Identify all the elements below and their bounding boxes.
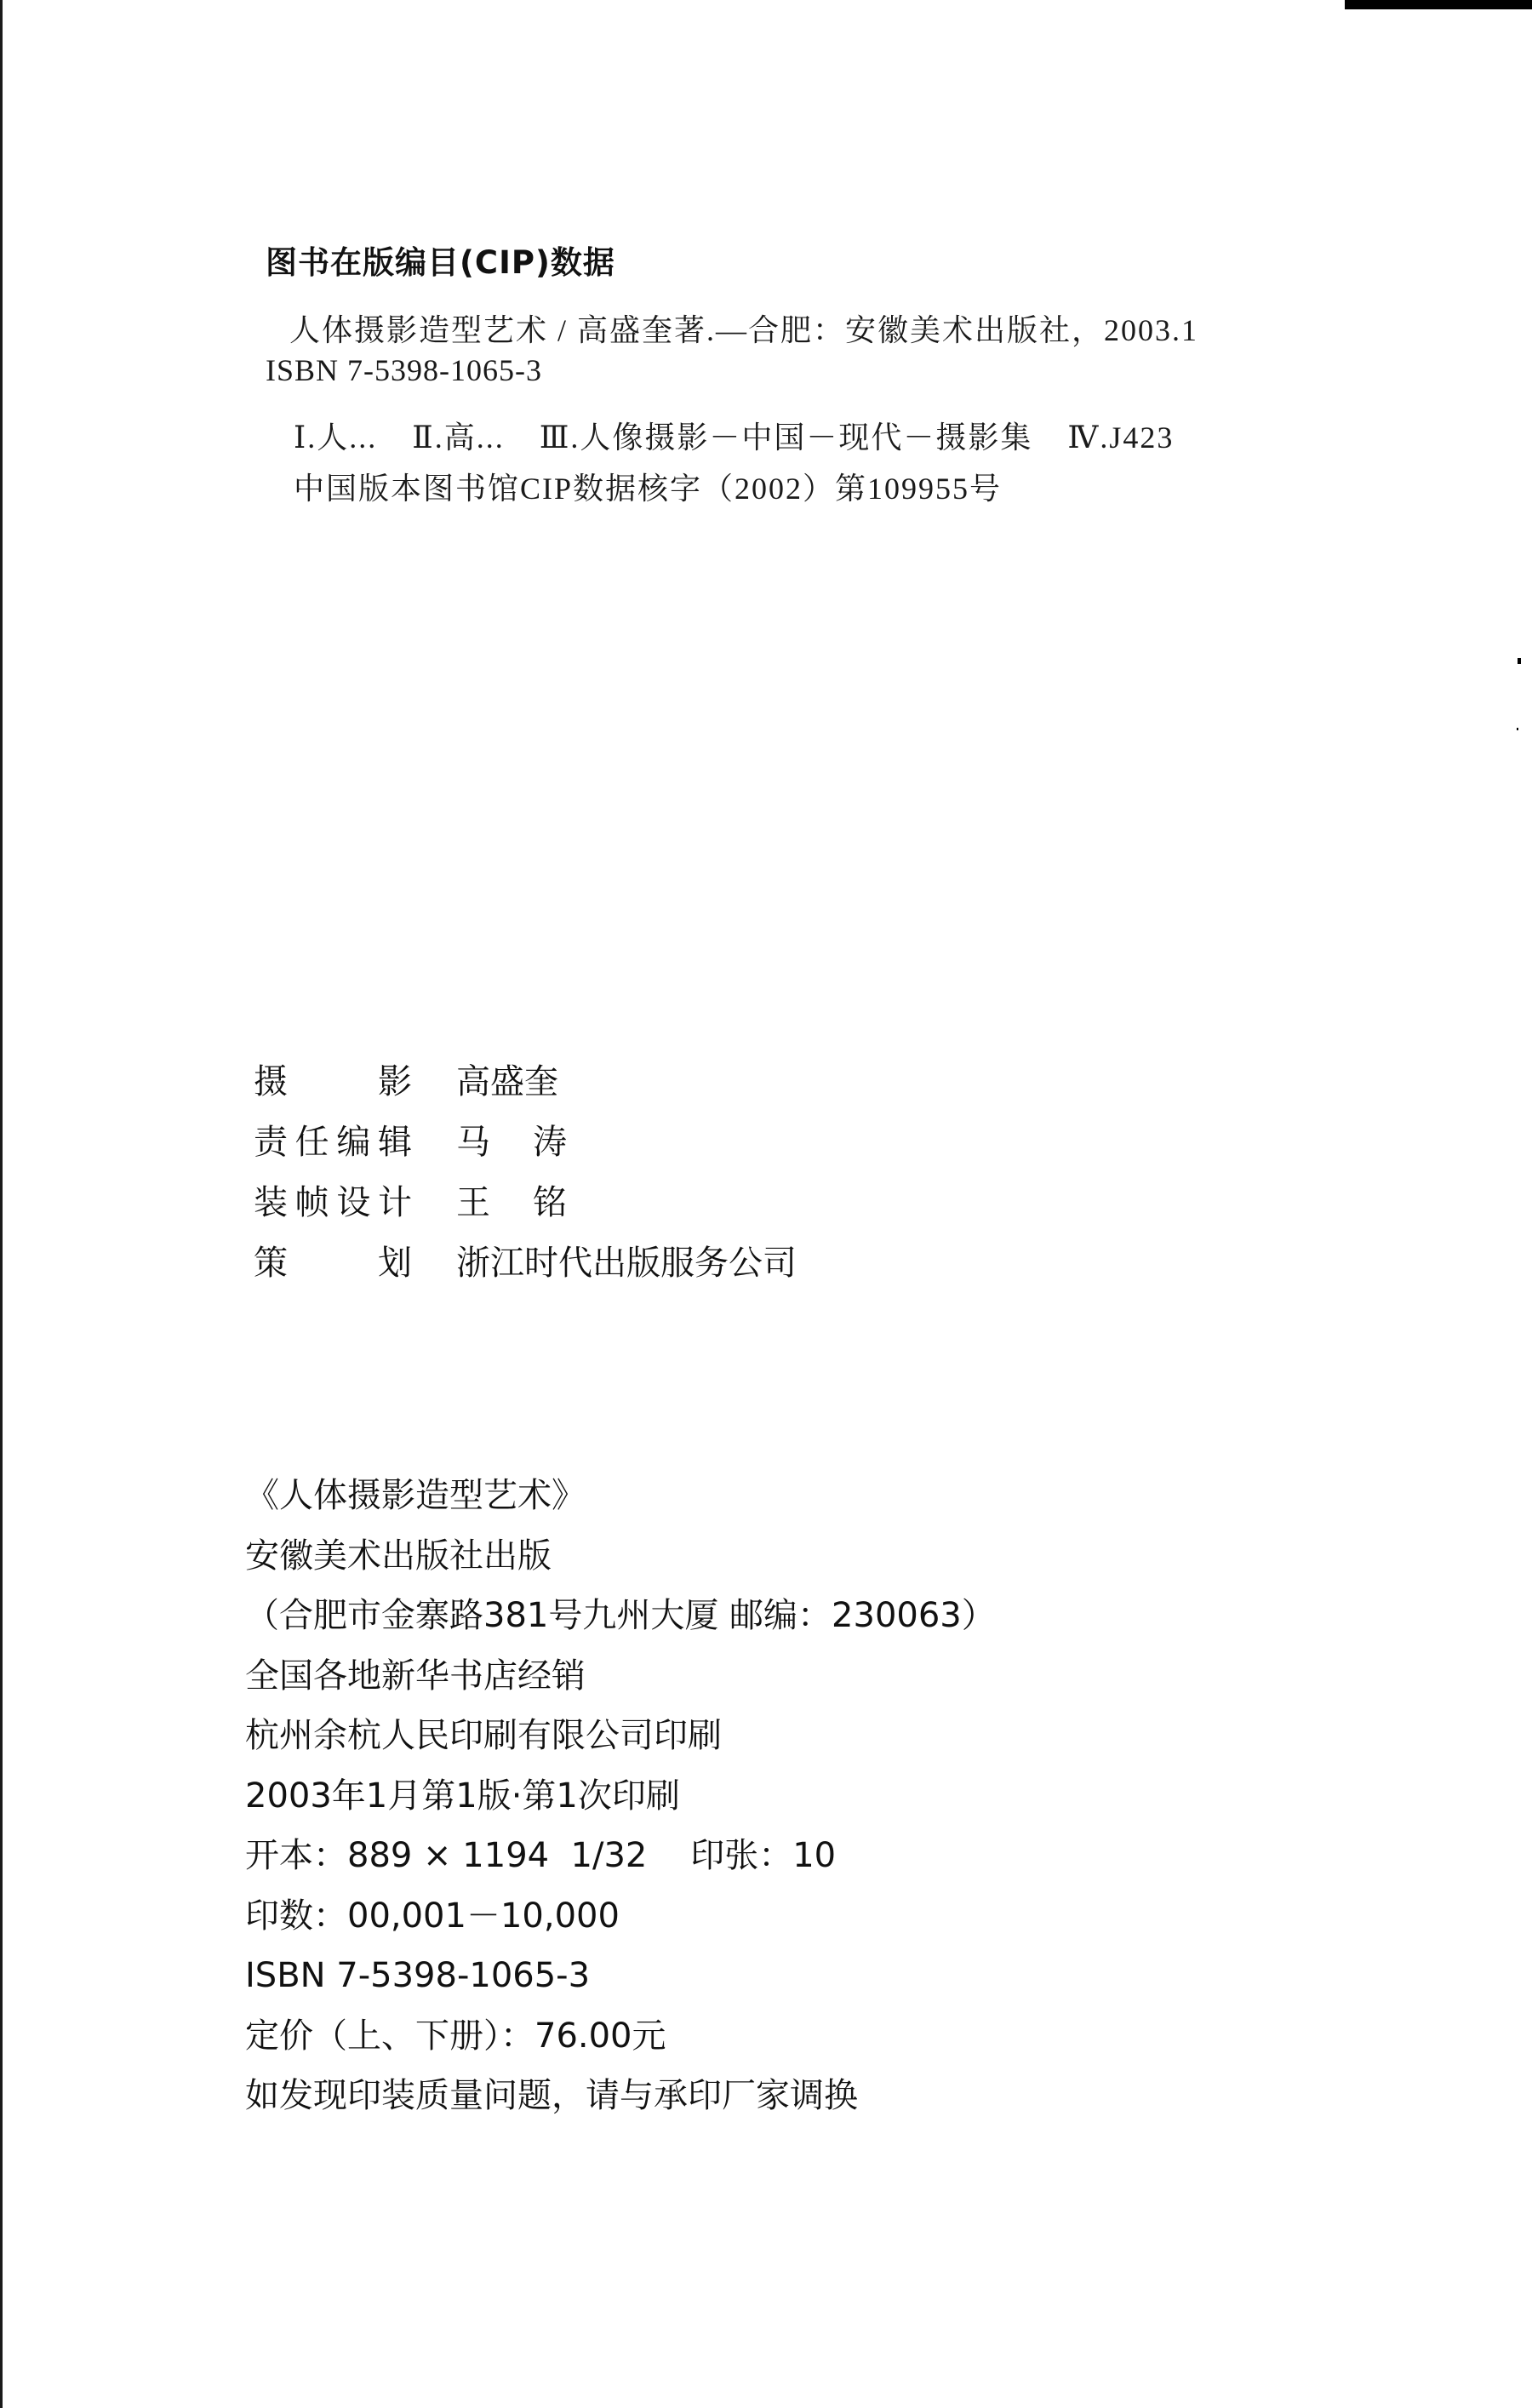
credit-value-char: 马 [456,1115,490,1164]
credit-label: 策 划 [254,1236,412,1284]
imprint-quality-notice: 如发现印装质量问题，请与承印厂家调换 [245,2066,996,2126]
cip-classification-line: Ⅰ.人... Ⅱ.高... Ⅲ.人像摄影－中国－现代－摄影集 Ⅳ.J423 [294,414,1174,457]
credit-label-char: 装 [254,1175,288,1224]
credit-label-char: 摄 [254,1055,288,1103]
credit-row-editor: 责 任 编 辑 马 涛 [254,1109,797,1170]
credit-label-char: 帧 [295,1175,329,1224]
credit-label-char: 计 [378,1175,412,1224]
credit-row-design: 装 帧 设 计 王 铭 [254,1170,797,1230]
imprint-isbn: ISBN 7-5398-1065-3 [245,1946,996,2006]
imprint-book-title: 《人体摄影造型艺术》 [245,1466,996,1526]
scan-speck [1518,658,1521,664]
imprint-block: 《人体摄影造型艺术》 安徽美术出版社出版 （合肥市金寨路381号九州大厦 邮编：… [245,1466,996,2126]
credit-value: 高盛奎 [456,1055,558,1103]
credit-label-char: 划 [378,1236,412,1284]
imprint-publisher: 安徽美术出版社出版 [245,1526,996,1587]
scan-speck [1517,728,1518,730]
credit-label: 装 帧 设 计 [254,1175,412,1224]
credit-value: 浙江时代出版服务公司 [456,1236,797,1284]
credit-label-char: 影 [378,1055,412,1103]
credit-label: 责 任 编 辑 [254,1115,412,1164]
credit-row-planning: 策 划 浙江时代出版服务公司 [254,1230,797,1290]
credit-label-char: 辑 [378,1115,412,1164]
credit-label-char: 责 [254,1115,288,1164]
credit-value-text: 高盛奎 [456,1055,558,1103]
credit-label: 摄 影 [254,1055,412,1103]
imprint-format: 开本：889 × 1194 1/32 印张：10 [245,1826,996,1886]
credit-value: 王 铭 [456,1175,567,1224]
credit-value-text: 浙江时代出版服务公司 [456,1236,797,1284]
imprint-price: 定价（上、下册）：76.00元 [245,2006,996,2067]
credit-value-char: 铭 [533,1175,567,1224]
imprint-printer: 杭州余杭人民印刷有限公司印刷 [245,1706,996,1766]
imprint-print-run: 印数：00,001－10,000 [245,1886,996,1947]
credits-block: 摄 影 高盛奎 责 任 编 辑 马 涛 装 帧 设 计 王 铭 [254,1049,797,1290]
credit-value: 马 涛 [456,1115,567,1164]
credit-label-char: 编 [336,1115,370,1164]
credit-value-char: 涛 [533,1115,567,1164]
cip-record-number-line: 中国版本图书馆CIP数据核字（2002）第109955号 [294,465,1002,508]
imprint-distributor: 全国各地新华书店经销 [245,1646,996,1707]
credit-label-char: 策 [254,1236,288,1284]
cip-isbn-line: ISBN 7-5398-1065-3 [266,352,542,388]
page-left-edge [0,0,3,2408]
credit-label-char: 设 [336,1175,370,1224]
cip-heading: 图书在版编目(CIP)数据 [266,237,615,283]
credit-value-char: 王 [456,1175,490,1224]
credit-label-char: 任 [295,1115,329,1164]
cip-title-author-line: 人体摄影造型艺术 / 高盛奎著.—合肥：安徽美术出版社，2003.1 [289,306,1198,350]
imprint-address: （合肥市金寨路381号九州大厦 邮编：230063） [245,1586,996,1646]
scan-top-edge-shadow [1345,0,1532,9]
credit-row-photography: 摄 影 高盛奎 [254,1049,797,1109]
imprint-edition: 2003年1月第1版·第1次印刷 [245,1766,996,1827]
